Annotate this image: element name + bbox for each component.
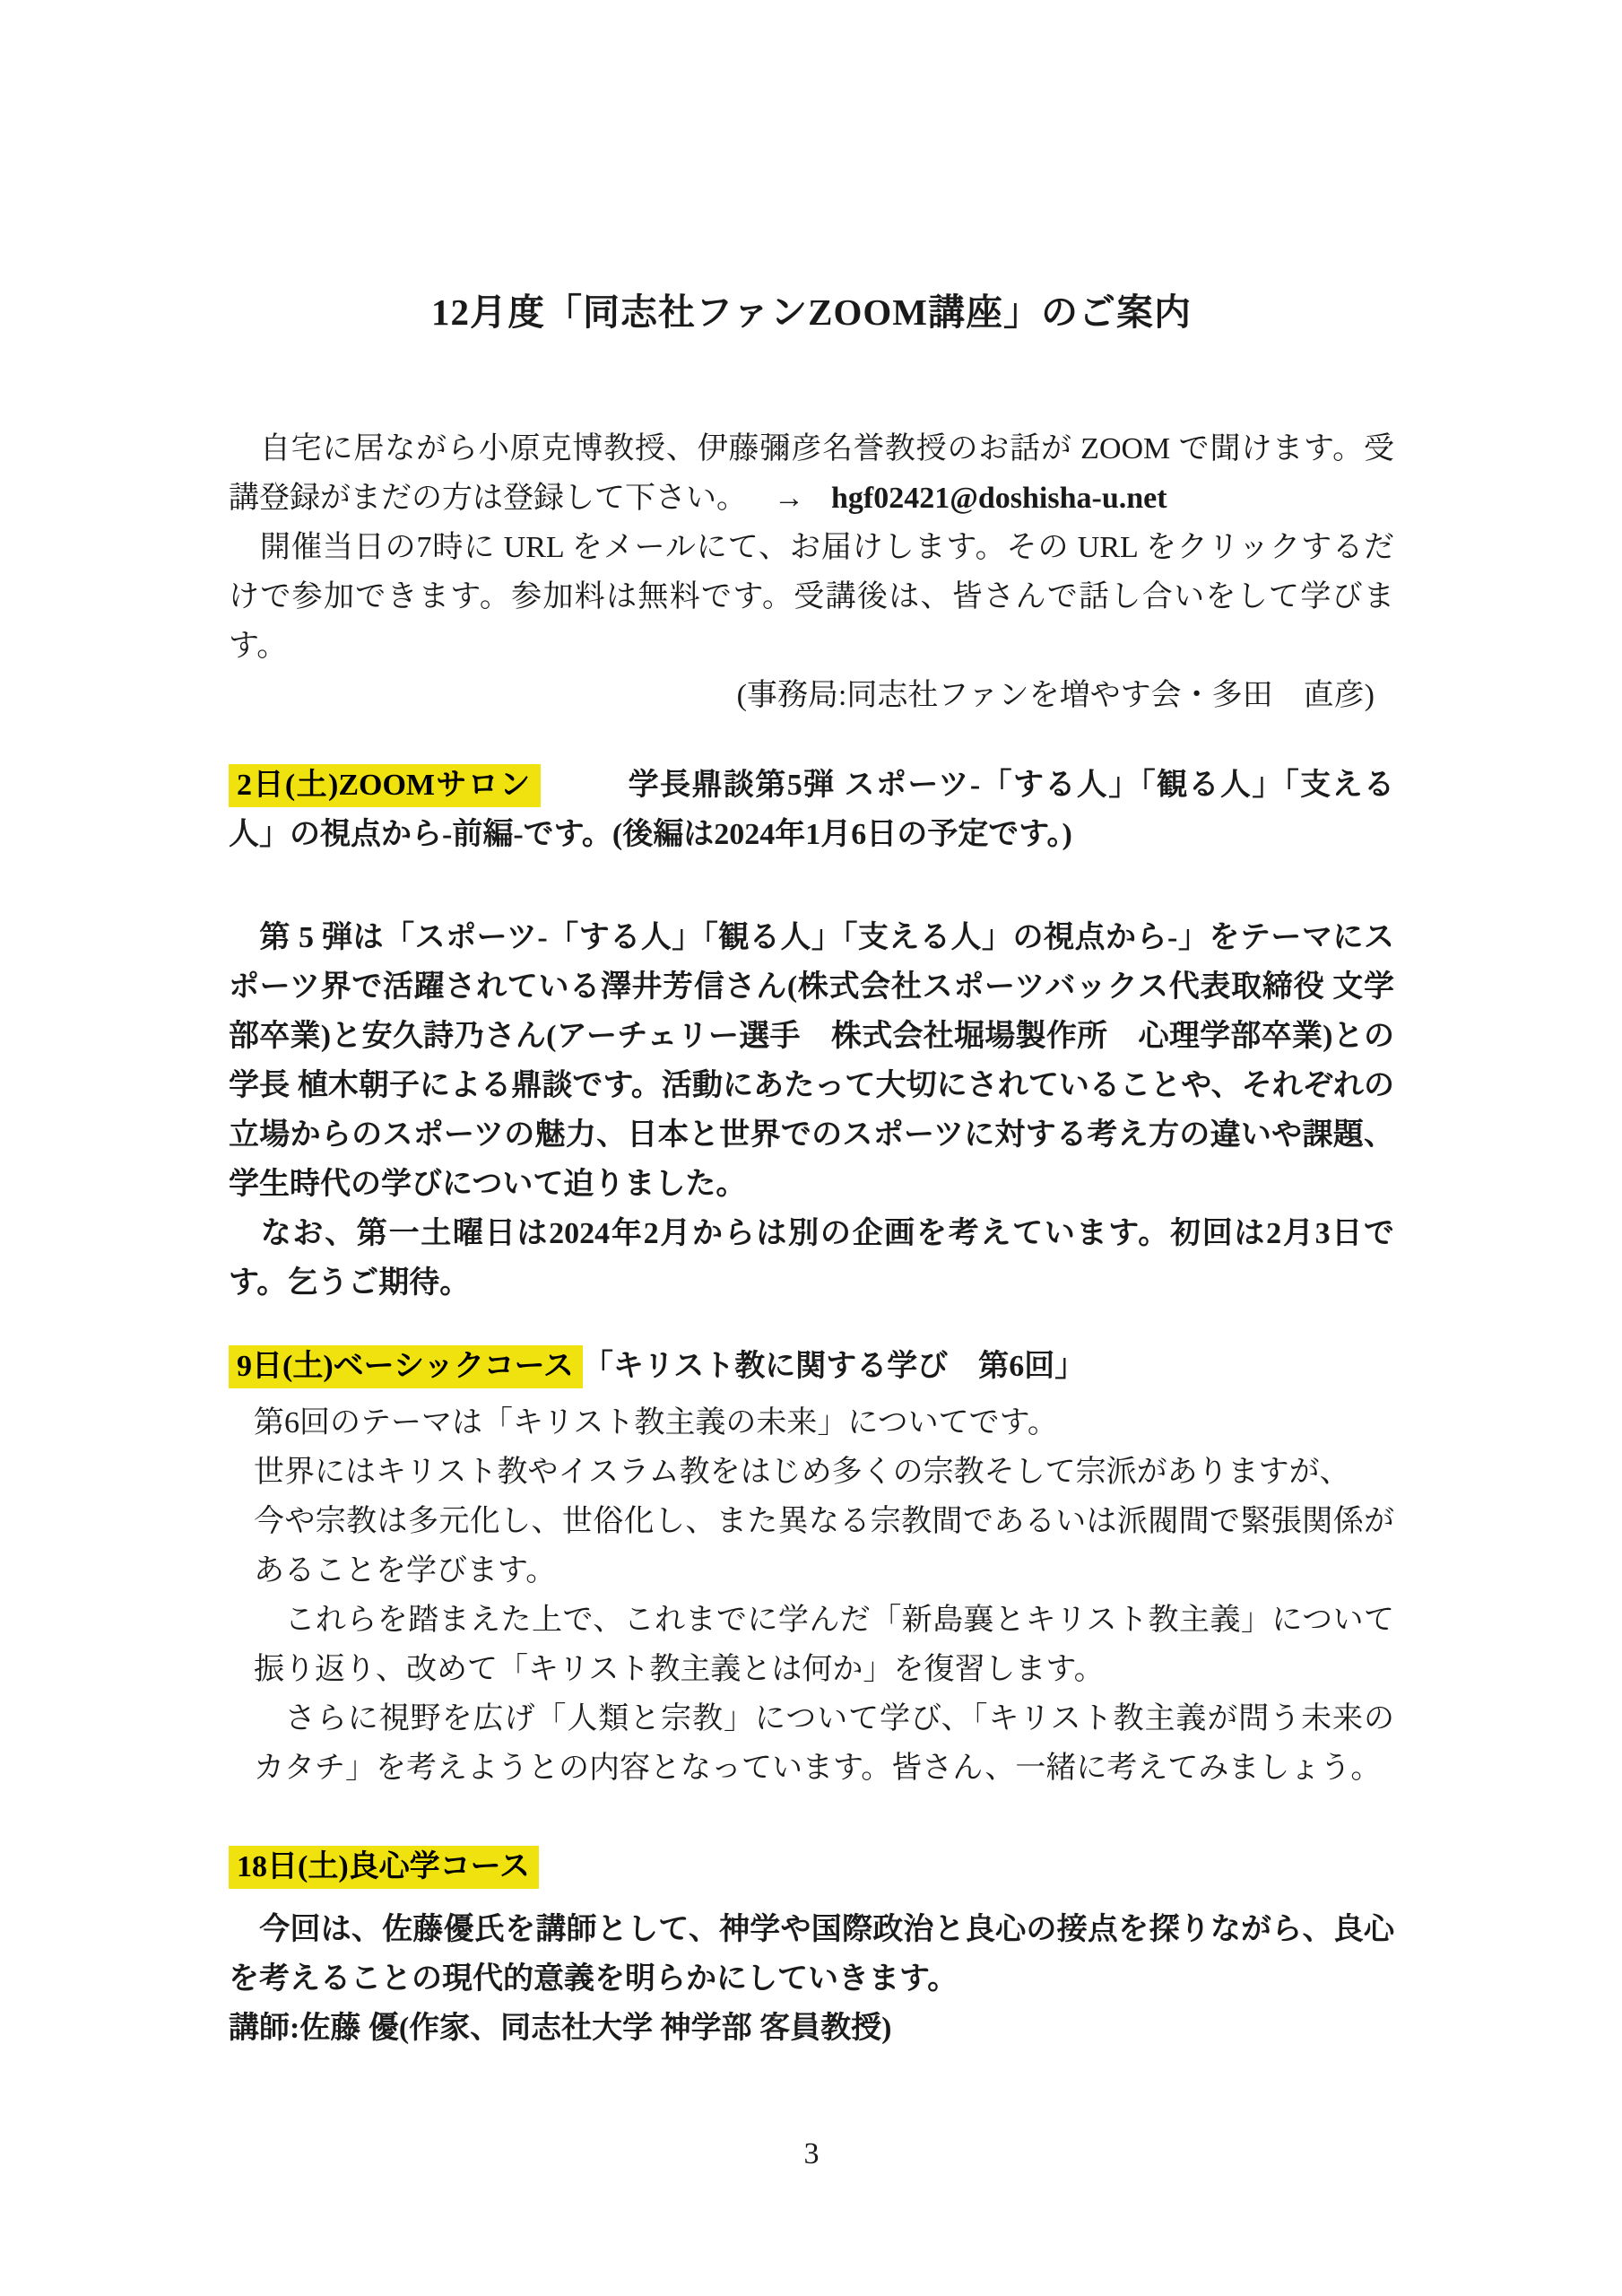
document-page: 12月度「同志社ファンZOOM講座」のご案内 自宅に居ながら小原克博教授、伊藤彌… (0, 0, 1622, 2296)
intro-block: 自宅に居ながら小原克博教授、伊藤彌彦名誉教授のお話が ZOOM で聞けます。受講… (229, 424, 1394, 720)
section-conscience-course-heading: 18日(土)良心学コース (229, 1842, 1394, 1892)
intro-paragraph-1-text: 自宅に居ながら小原克博教授、伊藤彌彦名誉教授のお話が ZOOM で聞けます。受講… (229, 432, 1394, 515)
section-paragraph: 第6回のテーマは「キリスト教主義の未来」についてです。 (254, 1398, 1394, 1448)
page-title: 12月度「同志社ファンZOOM講座」のご案内 (229, 285, 1394, 339)
section-body: 第6回のテーマは「キリスト教主義の未来」についてです。 世界にはキリスト教やイス… (229, 1398, 1394, 1793)
section-paragraph: 今や宗教は多元化し、世俗化し、また異なる宗教間であるいは派閥間で緊張関係があるこ… (254, 1497, 1394, 1596)
section-basic-course: 9日(土)ベーシックコース「キリスト教に関する学び 第6回」 第6回のテーマは「… (229, 1342, 1394, 1793)
section-zoom-salon-heading: 2日(土)ZOOMサロン学長鼎談第5弾 スポーツ-「する人」「観る人」「支える人… (229, 761, 1394, 859)
section-paragraph: 第 5 弾は「スポーツ-「する人」「観る人」「支える人」の視点から-」をテーマに… (229, 913, 1394, 1209)
section-tag-highlight: 9日(土)ベーシックコース (229, 1345, 583, 1388)
intro-paragraph-1: 自宅に居ながら小原克博教授、伊藤彌彦名誉教授のお話が ZOOM で聞けます。受講… (229, 424, 1394, 523)
section-paragraph: 今回は、佐藤優氏を講師として、神学や国際政治と良心の接点を探りながら、良心を考え… (229, 1905, 1394, 2004)
section-heading-text: 「キリスト教に関する学び 第6回」 (583, 1350, 1085, 1383)
office-line: (事務局:同志社ファンを増やす会・多田 直彦) (229, 671, 1394, 720)
arrow-glyph: → (774, 474, 804, 523)
registration-email: hgf02421@doshisha-u.net (831, 482, 1167, 515)
section-basic-course-heading: 9日(土)ベーシックコース「キリスト教に関する学び 第6回」 (229, 1342, 1394, 1391)
intro-paragraph-2: 開催当日の7時に URL をメールにて、お届けします。その URL をクリックす… (229, 523, 1394, 671)
section-tag-highlight: 18日(土)良心学コース (229, 1846, 539, 1889)
page-number: 3 (229, 2129, 1394, 2179)
section-zoom-salon: 2日(土)ZOOMサロン学長鼎談第5弾 スポーツ-「する人」「観る人」「支える人… (229, 761, 1394, 1308)
lecturer-line: 講師:佐藤 優(作家、同志社大学 神学部 客員教授) (229, 2004, 1394, 2053)
section-conscience-course: 18日(土)良心学コース 今回は、佐藤優氏を講師として、神学や国際政治と良心の接… (229, 1842, 1394, 2053)
section-paragraph: なお、第一土曜日は2024年2月からは別の企画を考えています。初回は2月3日です… (229, 1209, 1394, 1308)
section-paragraph: 世界にはキリスト教やイスラム教をはじめ多くの宗教そして宗派がありますが、 (254, 1448, 1394, 1497)
section-tag-highlight: 2日(土)ZOOMサロン (229, 764, 541, 807)
section-paragraph: これらを踏まえた上で、これまでに学んだ「新島襄とキリスト教主義」について振り返り… (254, 1596, 1394, 1694)
section-paragraph: さらに視野を広げ「人類と宗教」について学び、「キリスト教主義が問う未来のカタチ」… (254, 1694, 1394, 1793)
